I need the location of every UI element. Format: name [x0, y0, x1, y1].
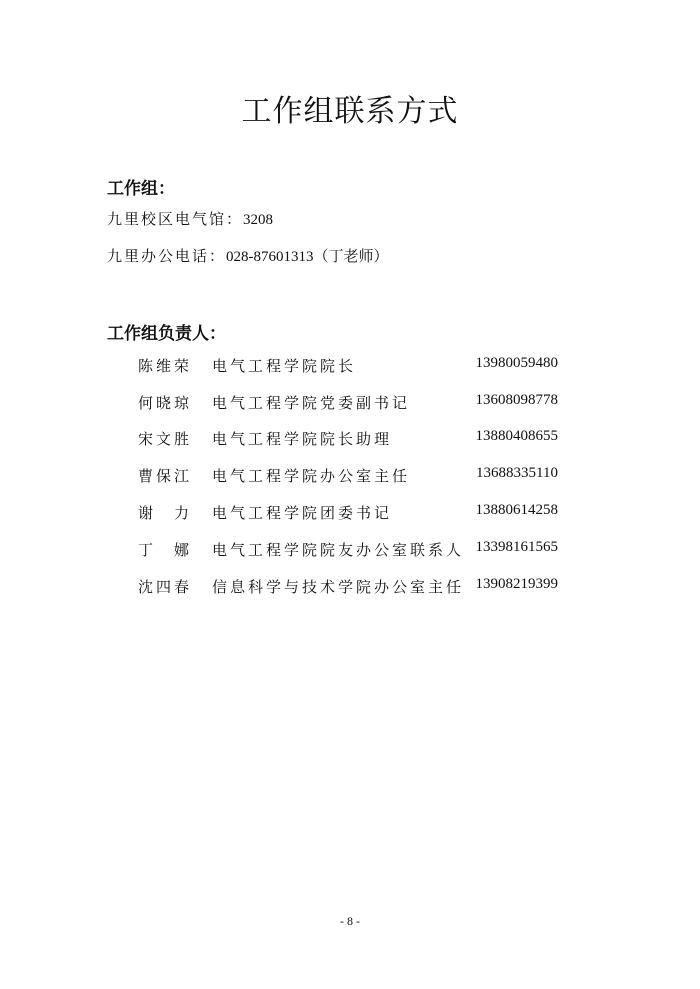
leader-phone: 13608098778 — [476, 392, 559, 409]
leaders-heading: 工作组负责人： — [107, 319, 226, 344]
location-label: 九里校区电气馆： — [107, 210, 243, 228]
leader-name: 丁 娜 — [138, 539, 192, 560]
leader-row: 何晓琼 电气工程学院党委副书记 13608098778 — [138, 392, 558, 414]
leader-name: 谢 力 — [138, 502, 192, 523]
leader-row: 沈四春 信息科学与技术学院办公室主任 13908219399 — [138, 576, 558, 598]
leader-row: 曹保江 电气工程学院办公室主任 13688335110 — [138, 465, 558, 487]
work-group-heading: 工作组： — [107, 174, 175, 199]
leader-role: 电气工程学院办公室主任 — [212, 465, 410, 486]
leader-phone: 13980059480 — [476, 355, 559, 372]
leader-row: 谢 力 电气工程学院团委书记 13880614258 — [138, 502, 558, 524]
leader-role: 信息科学与技术学院办公室主任 — [212, 576, 464, 597]
location-value: 3208 — [243, 212, 273, 228]
leader-row: 宋文胜 电气工程学院院长助理 13880408655 — [138, 428, 558, 450]
phone-label: 九里办公电话： — [107, 247, 226, 265]
leader-role: 电气工程学院院长助理 — [212, 428, 392, 449]
phone-value: 028-87601313（丁老师） — [226, 249, 389, 265]
page-number: - 8 - — [0, 914, 700, 929]
leader-name: 沈四春 — [138, 576, 192, 597]
leader-name: 陈维荣 — [138, 355, 192, 376]
leader-phone: 13688335110 — [476, 465, 558, 482]
leader-phone: 13908219399 — [476, 576, 559, 593]
leader-name: 宋文胜 — [138, 428, 192, 449]
leader-role: 电气工程学院院长 — [212, 355, 356, 376]
leader-name: 何晓琼 — [138, 392, 192, 413]
leader-phone: 13398161565 — [476, 539, 559, 556]
leader-row: 丁 娜 电气工程学院院友办公室联系人 13398161565 — [138, 539, 558, 561]
leader-role: 电气工程学院院友办公室联系人 — [212, 539, 464, 560]
work-group-phone: 九里办公电话：028-87601313（丁老师） — [107, 245, 389, 266]
leader-role: 电气工程学院党委副书记 — [212, 392, 410, 413]
leader-phone: 13880408655 — [476, 428, 559, 445]
work-group-location: 九里校区电气馆：3208 — [107, 208, 273, 229]
leader-row: 陈维荣 电气工程学院院长 13980059480 — [138, 355, 558, 377]
leader-phone: 13880614258 — [476, 502, 559, 519]
leader-name: 曹保江 — [138, 465, 192, 486]
leader-role: 电气工程学院团委书记 — [212, 502, 392, 523]
page-title: 工作组联系方式 — [0, 86, 700, 130]
